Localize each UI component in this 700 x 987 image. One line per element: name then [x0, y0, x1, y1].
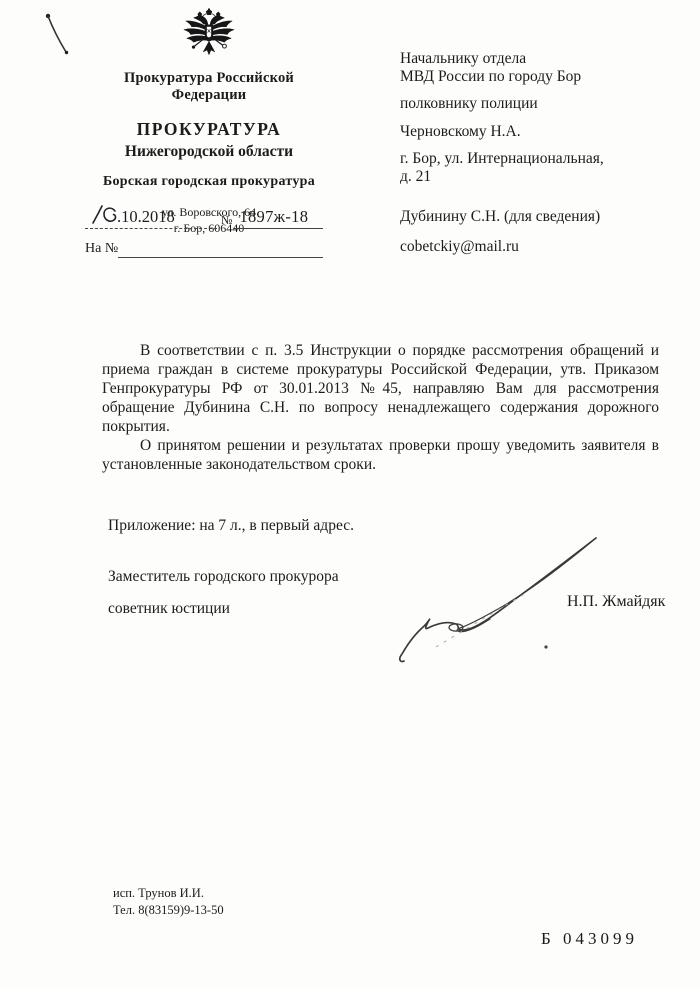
number-sign-label: № [217, 213, 233, 229]
addressee-address: г. Бор, ул. Интернациональная, д. 21 [400, 150, 685, 185]
addressee-line: Черновскому Н.А. [400, 123, 685, 141]
handwritten-day-icon [89, 203, 117, 227]
addressee-line: д. 21 [400, 168, 685, 186]
addressee-office: Начальнику отдела МВД России по городу Б… [400, 50, 685, 85]
addressee-email: cobetckiy@mail.ru [400, 238, 685, 256]
attachment-line: Приложение: на 7 л., в первый адрес. [108, 517, 354, 535]
letter-body: В соответствии с п. 3.5 Инструкции о пор… [102, 341, 659, 474]
date-number-row: .10.2018 № 1897ж-18 [85, 203, 323, 229]
pen-stroke-icon [38, 8, 78, 63]
addressee-block: Начальнику отдела МВД России по городу Б… [400, 50, 685, 265]
letterhead-org-unit: Борская городская прокуратура [85, 174, 333, 190]
russia-coat-of-arms-icon [180, 8, 238, 62]
executor-phone: Тел. 8(83159)9-13-50 [113, 903, 224, 918]
signer-name: Н.П. Жмайдяк [567, 593, 665, 611]
scanned-letter-page: Прокуратура Российской Федерации ПРОКУРА… [0, 0, 700, 987]
signer-position-line-1: Заместитель городского прокурора [108, 568, 339, 586]
addressee-line: г. Бор, ул. Интернациональная, [400, 150, 685, 168]
letterhead-org-name: ПРОКУРАТУРА [85, 119, 333, 140]
body-paragraph-2: О принятом решении и результатах проверк… [102, 436, 659, 474]
addressee-line: Начальнику отдела [400, 50, 685, 68]
addressee-email-text: cobetckiy@mail.ru [400, 238, 685, 256]
addressee-name: Черновскому Н.А. [400, 123, 685, 141]
addressee-line: МВД России по городу Бор [400, 68, 685, 86]
body-paragraph-1: В соответствии с п. 3.5 Инструкции о пор… [102, 341, 659, 436]
letterhead-org-region: Нижегородской области [85, 143, 333, 161]
letterhead: Прокуратура Российской Федерации ПРОКУРА… [85, 8, 333, 236]
reply-reference-label: На № [85, 241, 118, 258]
outgoing-number-field: 1897ж-18 [233, 207, 323, 229]
form-number-stamp: Б 043099 [541, 929, 638, 949]
addressee-line: Дубинину С.Н. (для сведения) [400, 208, 685, 226]
date-field: .10.2018 [85, 203, 217, 229]
addressee-rank: полковнику полиции [400, 95, 685, 113]
letterhead-federation-line: Прокуратура Российской Федерации [85, 70, 333, 104]
addressee-copy-recipient: Дубинину С.Н. (для сведения) [400, 208, 685, 226]
reply-reference-blank-line [118, 241, 323, 258]
executor-line: исп. Трунов И.И. [113, 886, 204, 901]
signer-position-line-2: советник юстиции [108, 600, 230, 618]
addressee-line: полковнику полиции [400, 95, 685, 113]
date-printed-text: .10.2018 [117, 207, 175, 227]
reply-reference-row: На № [85, 241, 323, 258]
